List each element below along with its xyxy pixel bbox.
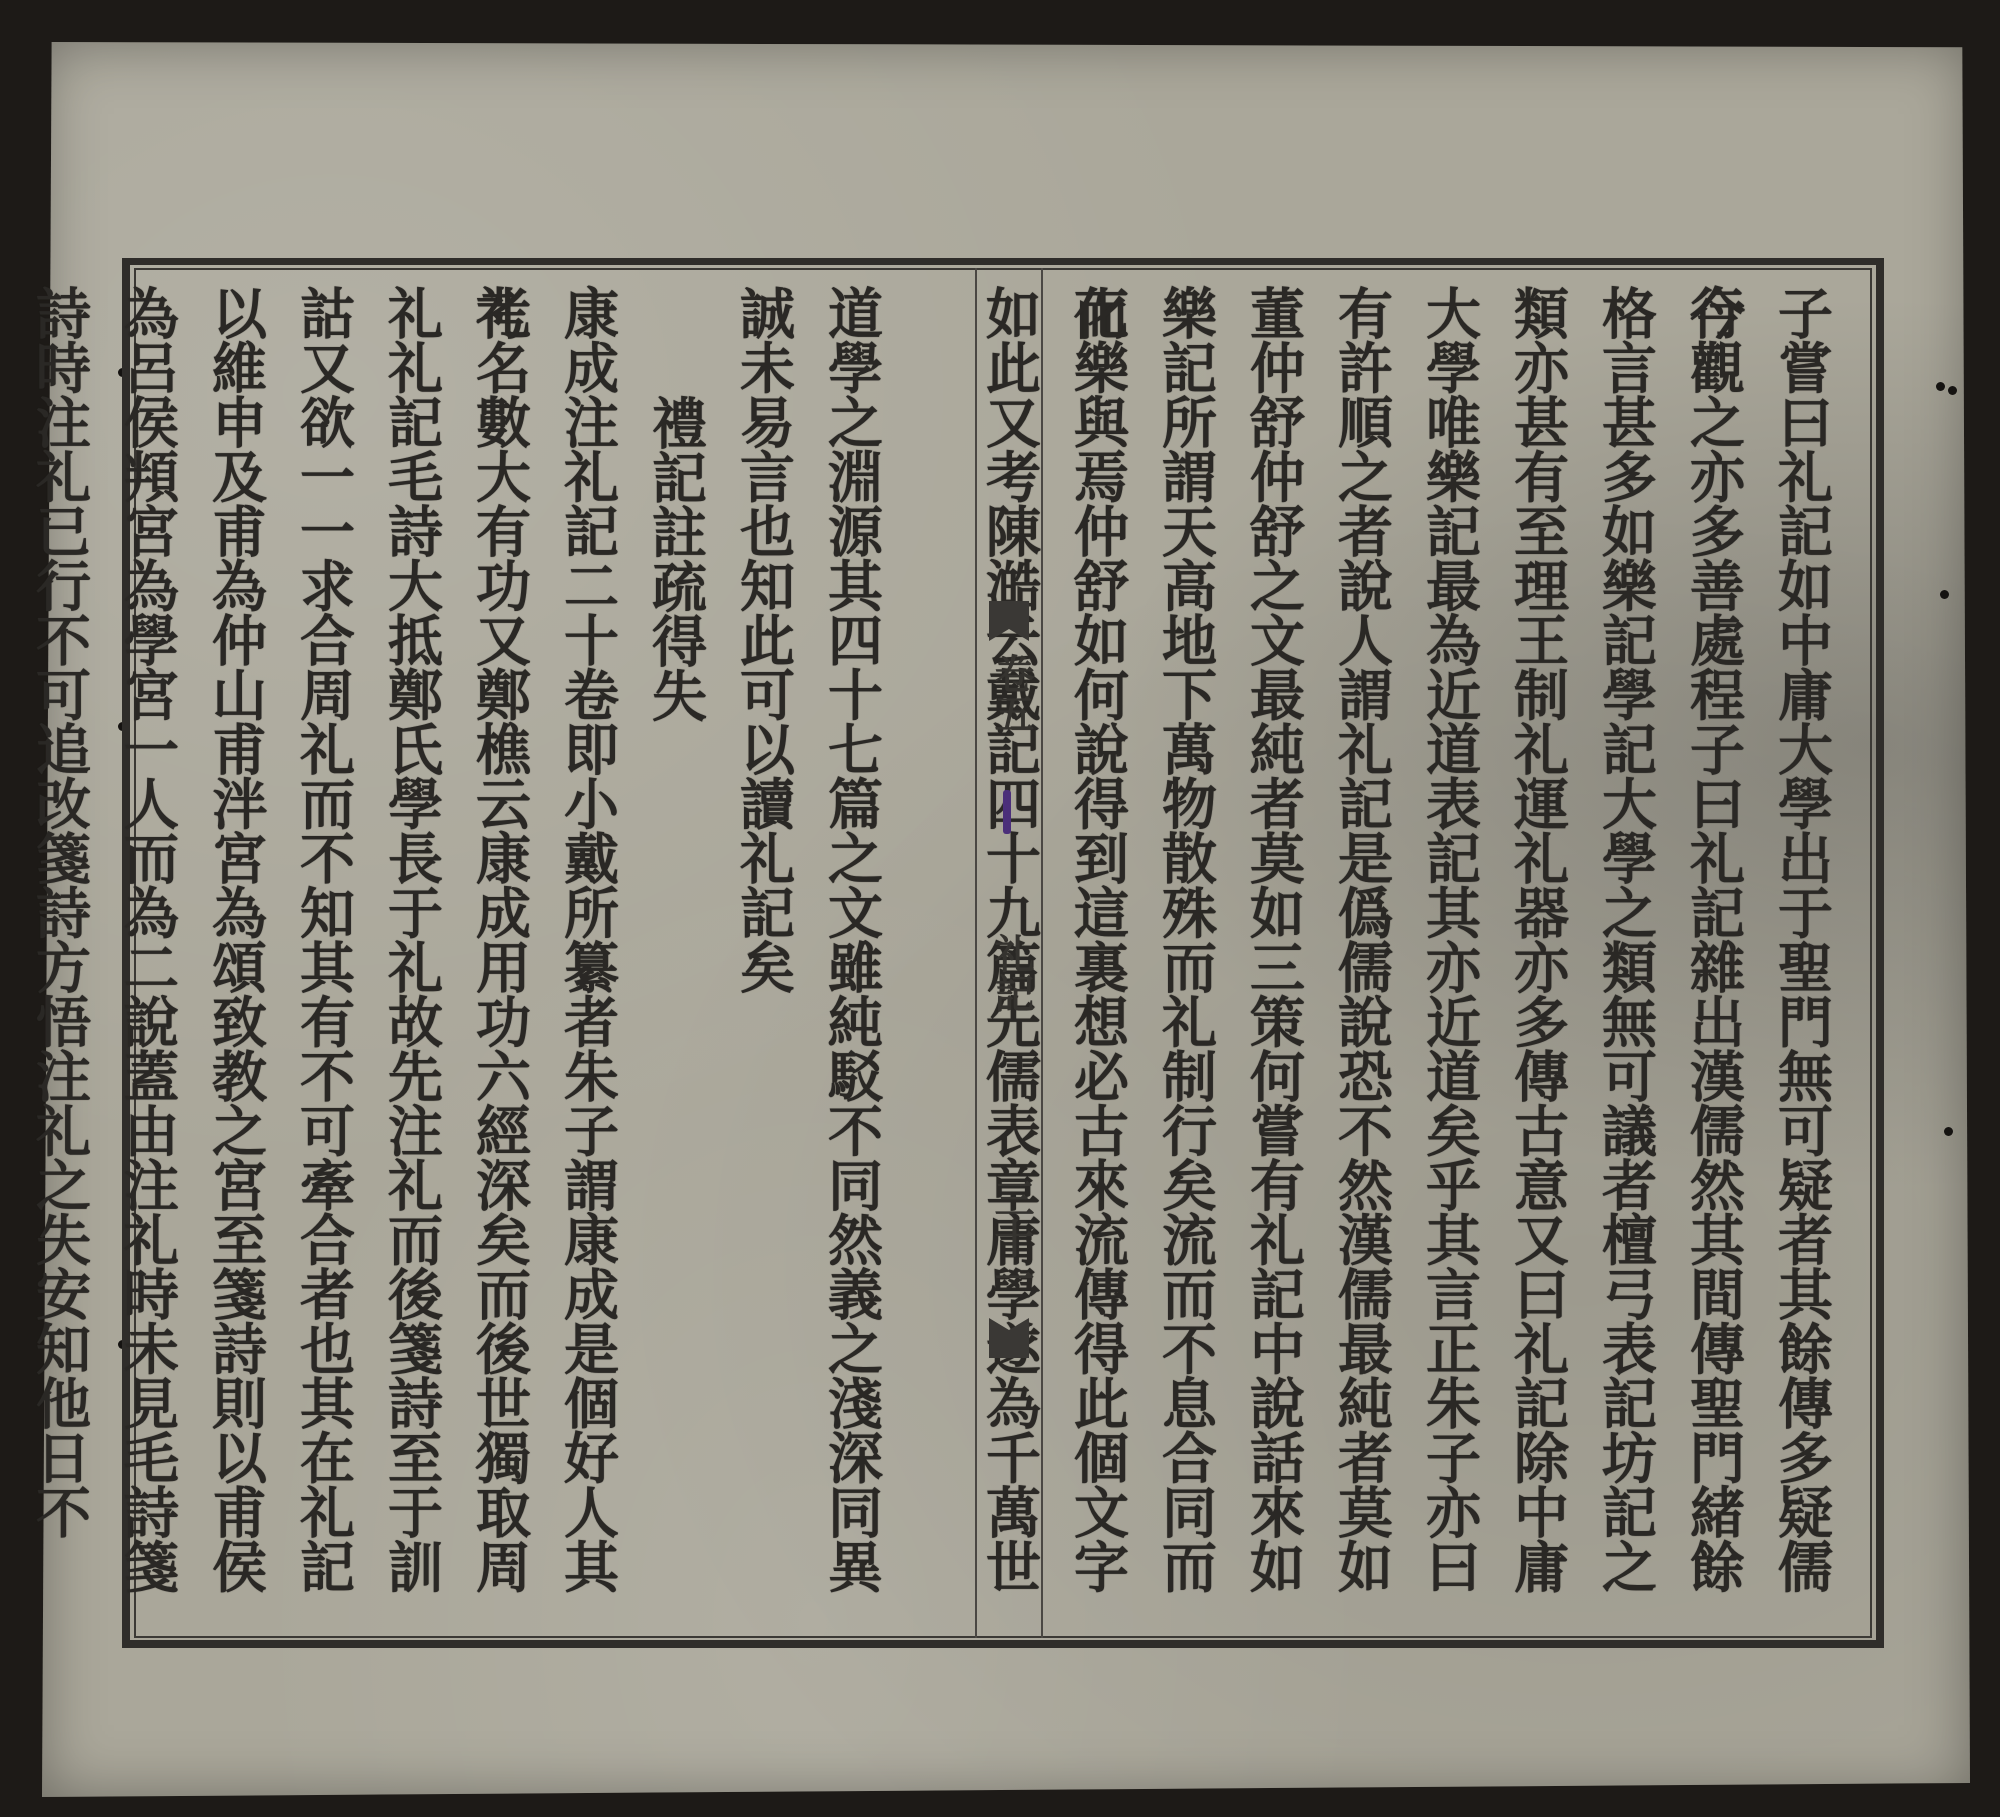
text-column: 康成注礼記二十卷即小戴所纂者朱子謂康成是個好人其考 (543, 285, 631, 1625)
text-column: 大學唯樂記最為近道表記其亦近道矣乎其言正朱子亦曰 (1405, 285, 1493, 1625)
text-column: 誠未易言也知此可以讀礼記矣 (719, 285, 807, 1625)
binding-hole (1948, 386, 1957, 395)
text-column: 詩時注礼已行不可追改箋詩方悟注礼之失安知他日不 (15, 285, 103, 1625)
text-column: 樂記所謂天高地下萬物散殊而礼制行矣流而不息合同而化 (1141, 285, 1229, 1625)
binding-hole (1944, 1127, 1953, 1136)
fish-tail-top-icon (989, 601, 1029, 641)
binding-hole (1940, 590, 1949, 599)
book-title-label: 礼記 (983, 933, 1040, 1013)
text-column: 以維申及甫為仲山甫泮宮為頌致教之宮至箋詩則以甫侯 (191, 285, 279, 1625)
juan-label: 卷五 (983, 653, 1040, 733)
text-column: 詁又欲一一求合周礼而不知其有不可牽合者也其在礼記 (279, 285, 367, 1625)
text-column: 有許順之者說人謂礼記是僞儒說恐不然漢儒最純者莫如 (1317, 285, 1405, 1625)
right-half-page: 子嘗曰礼記如中庸大學出于聖門無可疑者其餘傳多疑儒行 今觀之亦多善處程子曰礼記雜出… (1010, 285, 1845, 1625)
left-half-page: 道學之淵源其四十七篇之文雖純駁不同然義之淺深同異 誠未易言也知此可以讀礼記矣 禮… (150, 285, 895, 1625)
text-column: 格言甚多如樂記學記大學之類無可議者檀弓表記坊記之 (1581, 285, 1669, 1625)
text-column: 礼名數大有功又鄭樵云康成用功六經深矣而後世獨取周 (455, 285, 543, 1625)
text-column: 而樂與焉仲舒如何說得到這裏想必古來流傳得此個文字 (1053, 285, 1141, 1625)
section-heading: 禮記註疏得失 (631, 285, 719, 1625)
fish-tail-bottom-icon (989, 1318, 1029, 1358)
ink-annotation-mark (1003, 790, 1011, 834)
text-column: 道學之淵源其四十七篇之文雖純駁不同然義之淺深同異 (807, 285, 895, 1625)
text-column: 礼礼記毛詩大抵鄭氏學長于礼故先注礼而後箋詩至于訓 (367, 285, 455, 1625)
text-column: 類亦甚有至理王制礼運礼器亦多傳古意又曰礼記除中庸 (1493, 285, 1581, 1625)
text-column: 為呂侯頖宮為學宮一人而為二說蓋由注礼時未見毛詩箋 (103, 285, 191, 1625)
center-fold-column: 卷五 礼記 三十一 (975, 268, 1043, 1638)
page-number: 三十一 (983, 1178, 1040, 1298)
text-column: 今觀之亦多善處程子曰礼記雜出漢儒然其間傳聖門緒餘 (1669, 285, 1757, 1625)
text-column: 子嘗曰礼記如中庸大學出于聖門無可疑者其餘傳多疑儒行 (1757, 285, 1845, 1625)
fold-rule-right (1041, 268, 1043, 1638)
binding-hole (1936, 382, 1945, 391)
text-column: 董仲舒仲舒之文最純者莫如三策何嘗有礼記中說話來如 (1229, 285, 1317, 1625)
fold-rule-left (975, 268, 977, 1638)
